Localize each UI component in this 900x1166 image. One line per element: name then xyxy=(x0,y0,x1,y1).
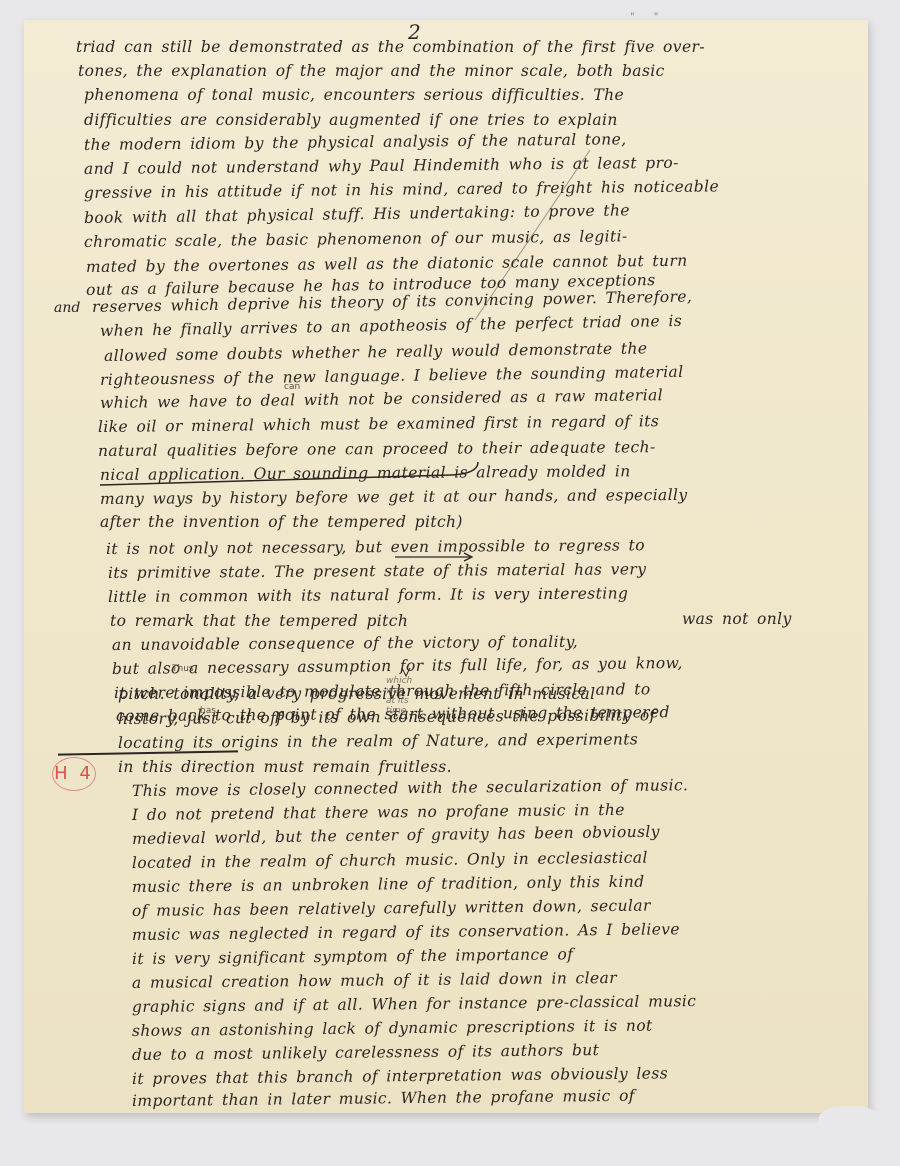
text-line: locating its origins in the realm of Nat… xyxy=(118,730,638,752)
text-line: to remark that the tempered pitch xyxy=(110,612,408,630)
text-line: an unavoidable consequence of the victor… xyxy=(112,633,578,654)
text-line: tones, the explanation of the major and … xyxy=(78,62,665,80)
insert-thus: Thus xyxy=(172,664,194,674)
text-line: difficulties are considerably augmented … xyxy=(84,111,618,129)
text-line: history, just cut off by its own consequ… xyxy=(118,706,656,728)
section-mark-h4: H 4 xyxy=(52,757,96,791)
text-line: nical application. Our sounding material… xyxy=(100,462,631,484)
text-line: pitch. tonality, a very progressive move… xyxy=(118,685,596,703)
text-line: triad can still be demonstrated as the c… xyxy=(76,38,705,56)
margin-note-and: and xyxy=(54,300,80,316)
text-line: phenomena of tonal music, encounters ser… xyxy=(84,86,624,104)
text-line-continuation: was not only xyxy=(682,610,792,628)
text-line: it is not only not necessary, but even i… xyxy=(106,536,645,558)
text-line-underlined: after the invention of the tempered pitc… xyxy=(100,513,463,531)
text-line: in this direction must remain fruitless. xyxy=(118,758,452,776)
text-line: its primitive state. The present state o… xyxy=(108,560,646,582)
text-line: little in common with its natural form. … xyxy=(108,584,628,606)
